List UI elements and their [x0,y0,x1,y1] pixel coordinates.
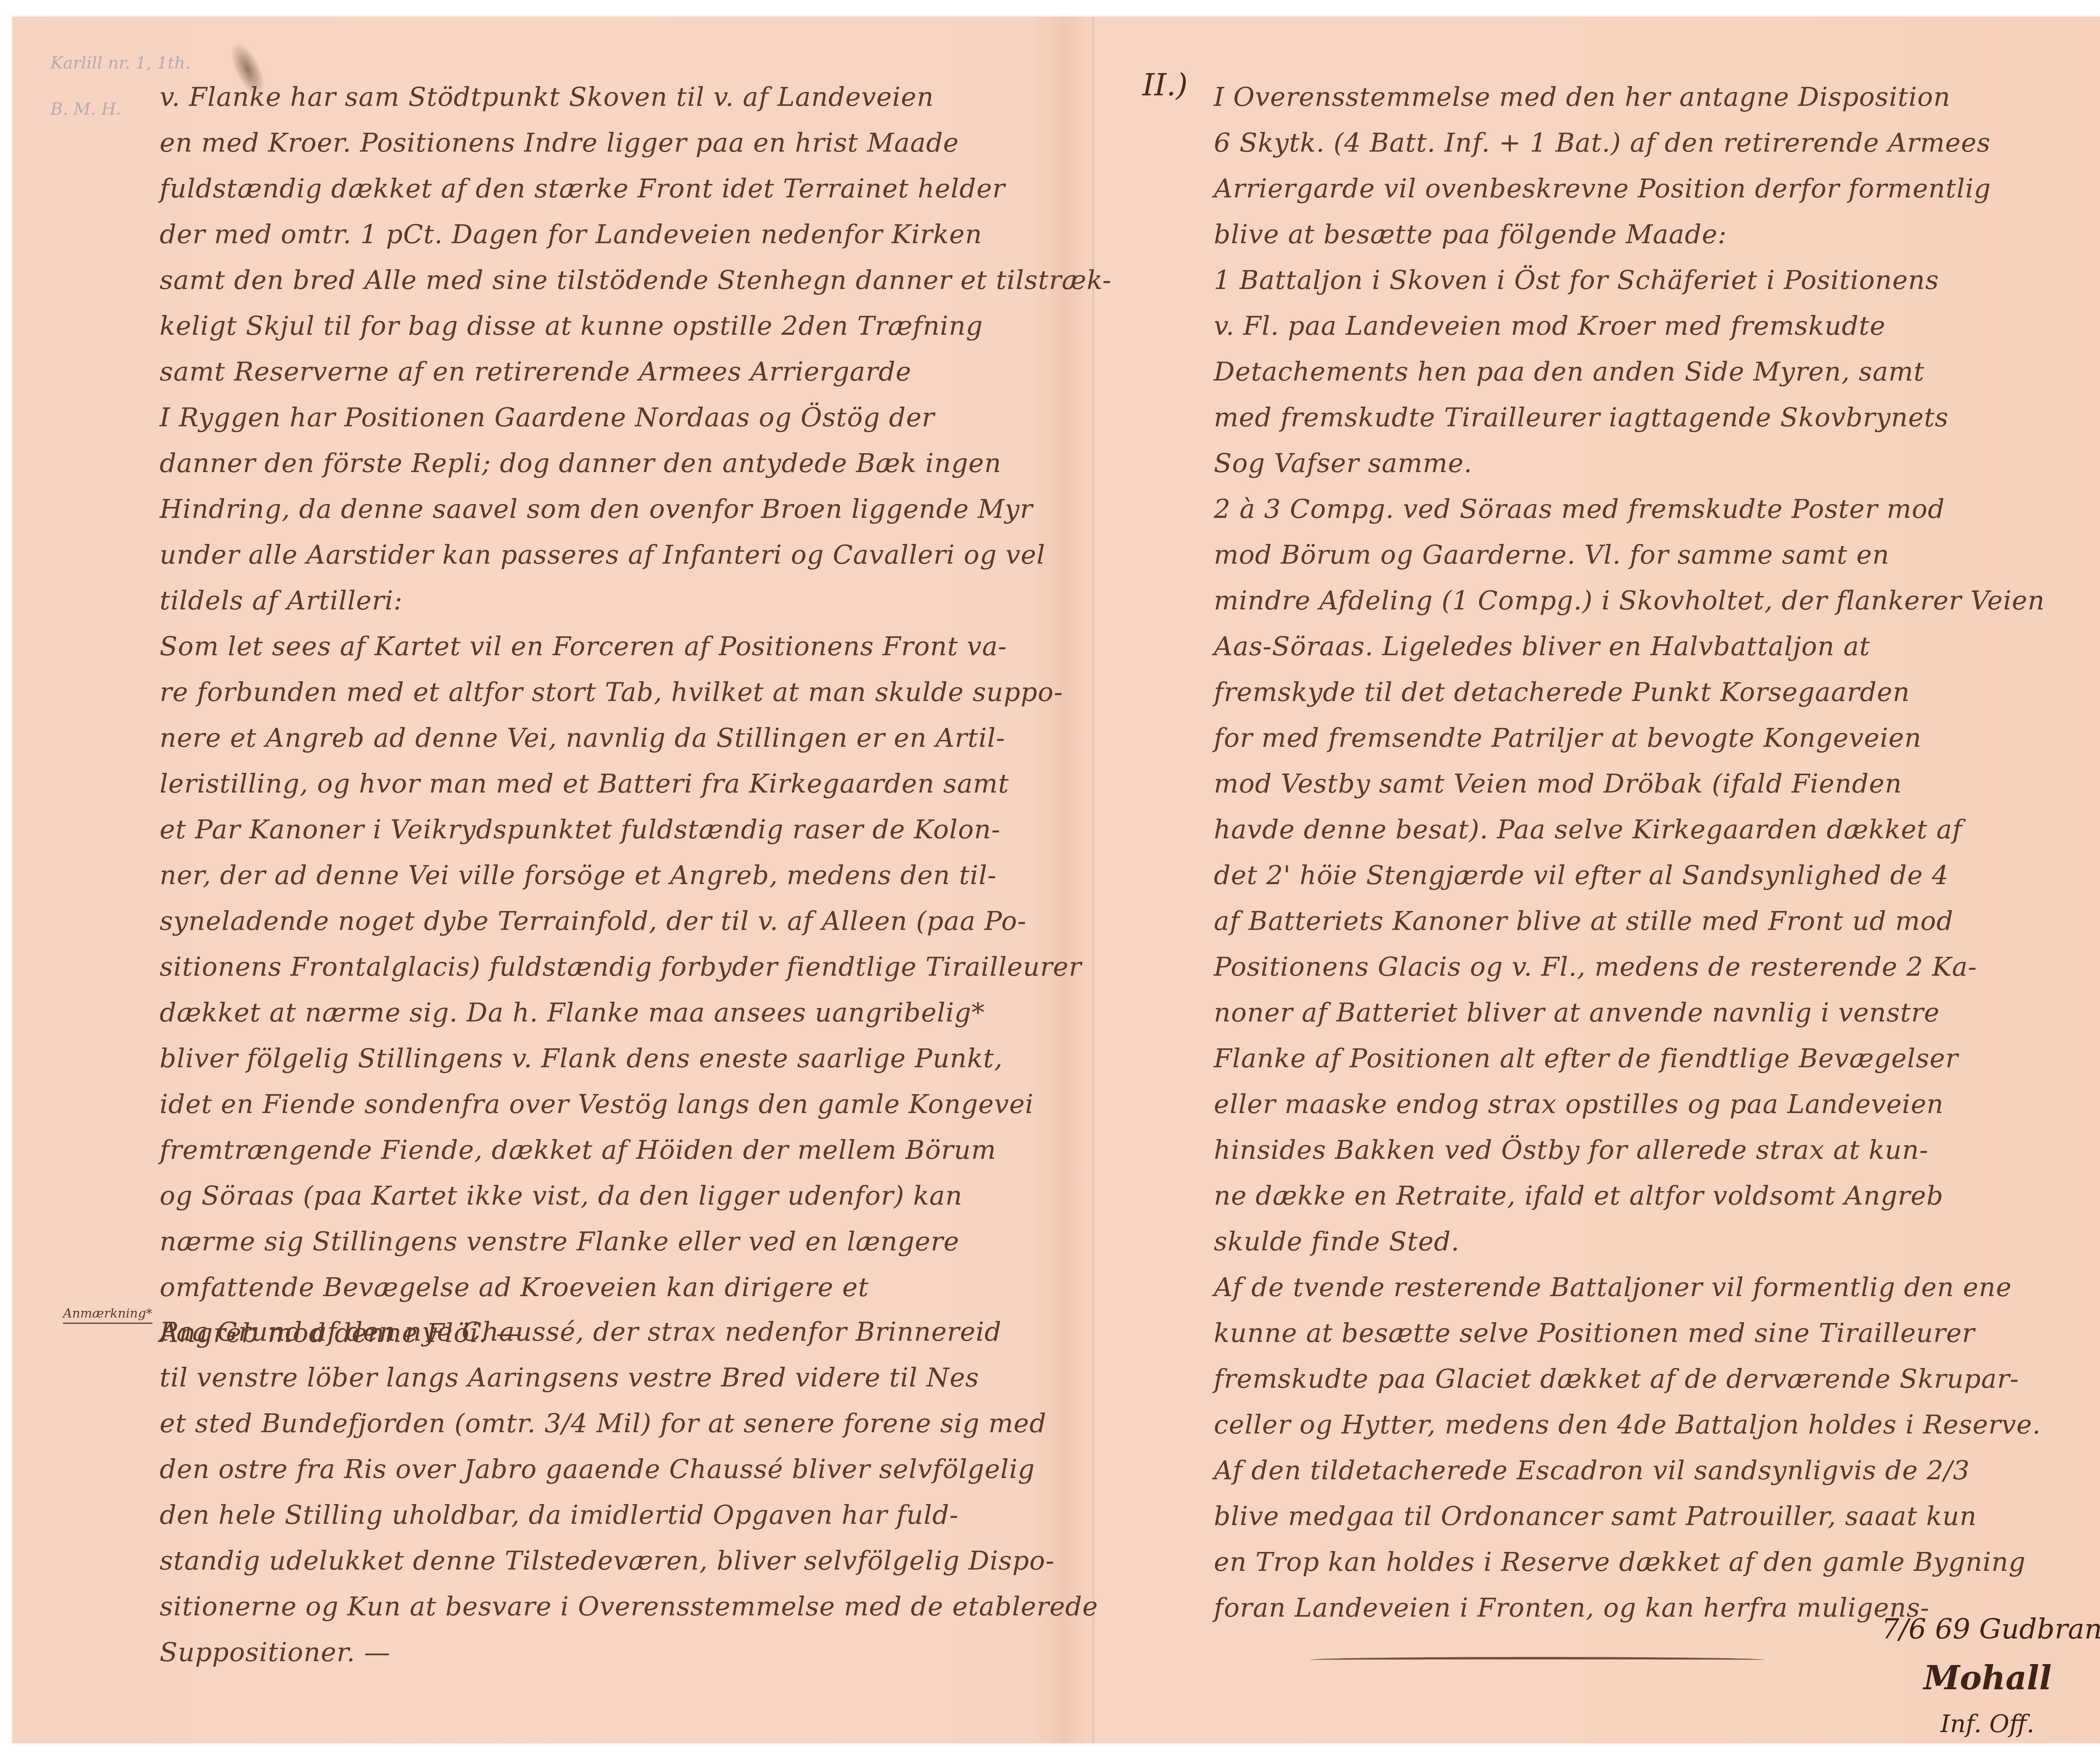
text-line: syneladende noget dybe Terrainfold, der … [160,908,1109,954]
text-line: keligt Skjul til for bag disse at kunne … [160,313,1109,359]
text-line: Flanke af Positionen alt efter de fiendt… [1214,1045,2100,1091]
annotation-block: Paa Grund af den nye Chaussé, der strax … [160,1319,1109,1685]
text-line: under alle Aarstider kan passeres af Inf… [160,542,1109,588]
text-line: omfattende Bevægelse ad Kroeveien kan di… [160,1274,1109,1320]
annotation-line: Paa Grund af den nye Chaussé, der strax … [160,1319,1109,1365]
annotation-margin-label: Anmærkning* [63,1306,152,1324]
text-line: celler og Hytter, medens den 4de Battalj… [1214,1412,2100,1457]
text-line: Arriergarde vil ovenbeskrevne Position d… [1214,176,2100,221]
text-line: I Overensstemmelse med den her antagne D… [1214,84,2100,130]
text-line: tildels af Artilleri: [160,588,1109,633]
right-page: I Overensstemmelse med den her antagne D… [1214,84,2100,1641]
signature-title: Inf. Off. [1940,1709,2034,1738]
text-line: en Trop kan holdes i Reserve dækket af d… [1214,1549,2100,1595]
text-line: det 2' höie Stengjærde vil efter al Sand… [1214,862,2100,908]
text-line: ne dække en Retraite, ifald et altfor vo… [1214,1183,2100,1229]
text-line: en med Kroer. Positionens Indre ligger p… [160,130,1109,176]
text-line: skulde finde Sted. [1214,1229,2100,1274]
text-line: og Söraas (paa Kartet ikke vist, da den … [160,1183,1109,1229]
text-line: kunne at besætte selve Positionen med si… [1214,1320,2100,1366]
text-line: nærme sig Stillingens venstre Flanke ell… [160,1229,1109,1274]
text-line: blive medgaa til Ordonancer samt Patroui… [1214,1503,2100,1549]
text-line: af Batteriets Kanoner blive at stille me… [1214,908,2100,954]
annotation-line: sitionerne og Kun at besvare i Overensst… [160,1594,1109,1639]
text-line: Detachements hen paa den anden Side Myre… [1214,359,2100,404]
signature-block: 7/6 69 Gudbrand Mohall Inf. Off. [1722,1613,2100,1751]
left-page: v. Flanke har sam Stödtpunkt Skoven til … [160,84,1109,1366]
text-line: noner af Batteriet bliver at anvende nav… [1214,1000,2100,1045]
signature-date-value: 7/6 69 [1882,1613,1970,1645]
text-line: havde denne besat). Paa selve Kirkegaard… [1214,816,2100,862]
text-line: blive at besætte paa fölgende Maade: [1214,221,2100,267]
annotation-line: standig udelukket denne Tilstedeværen, b… [160,1548,1109,1594]
signature-name: Mohall [1924,1659,2052,1697]
text-line: idet en Fiende sondenfra over Vestög lan… [160,1091,1109,1137]
text-line: Hindring, da denne saavel som den ovenfo… [160,496,1109,542]
text-line: eller maaske endog strax opstilles og pa… [1214,1091,2100,1137]
annotation-line: til venstre löber langs Aaringsens vestr… [160,1365,1109,1410]
text-line: v. Fl. paa Landeveien mod Kroer med frem… [1214,313,2100,359]
annotation-line: Suppositioner. — [160,1639,1109,1685]
text-line: I Ryggen har Positionen Gaardene Nordaas… [160,404,1109,450]
annotation-line: et sted Bundefjorden (omtr. 3/4 Mil) for… [160,1410,1109,1456]
text-line: 6 Skytk. (4 Batt. Inf. + 1 Bat.) af den … [1214,130,2100,176]
text-line: bliver fölgelig Stillingens v. Flank den… [160,1045,1109,1091]
text-line: re forbunden med et altfor stort Tab, hv… [160,679,1109,725]
text-line: Som let sees af Kartet vil en Forceren a… [160,633,1109,679]
text-line: der med omtr. 1 pCt. Dagen for Landeveie… [160,221,1109,267]
text-line: 1 Battaljon i Skoven i Öst for Schäferie… [1214,267,2100,313]
text-line: mindre Afdeling (1 Compg.) i Skovholtet,… [1214,588,2100,633]
text-line: nere et Angreb ad denne Vei, navnlig da … [160,725,1109,771]
text-line: mod Börum og Gaarderne. Vl. for samme sa… [1214,542,2100,588]
text-line: hinsides Bakken ved Östby for allerede s… [1214,1137,2100,1183]
text-line: samt Reserverne af en retirerende Armees… [160,359,1109,404]
text-line: Sog Vafser samme. [1214,450,2100,496]
signature-place: Gudbrand [1979,1613,2100,1645]
text-line: Af de tvende resterende Battaljoner vil … [1214,1274,2100,1320]
annotation-line: den hele Stilling uholdbar, da imidlerti… [160,1502,1109,1548]
text-line: samt den bred Alle med sine tilstödende … [160,267,1109,313]
text-line: fremskyde til det detacherede Punkt Kors… [1214,679,2100,725]
text-line: fremtrængende Fiende, dækket af Höiden d… [160,1137,1109,1183]
text-line: mod Vestby samt Veien mod Dröbak (ifald … [1214,771,2100,816]
text-line: Af den tildetacherede Escadron vil sands… [1214,1457,2100,1503]
section-marker: II.) [1142,67,1188,102]
text-line: fuldstændig dækket af den stærke Front i… [160,176,1109,221]
text-line: danner den förste Repli; dog danner den … [160,450,1109,496]
closing-flourish-line [1310,1657,1764,1663]
text-line: med fremskudte Tirailleurer iagttagende … [1214,404,2100,450]
text-line: dækket at nærme sig. Da h. Flanke maa an… [160,1000,1109,1045]
text-line: Aas-Söraas. Ligeledes bliver en Halvbatt… [1214,633,2100,679]
annotation-line: den ostre fra Ris over Jabro gaaende Cha… [160,1456,1109,1502]
text-line: v. Flanke har sam Stödtpunkt Skoven til … [160,84,1109,130]
text-line: ner, der ad denne Vei ville forsöge et A… [160,862,1109,908]
text-line: et Par Kanoner i Veikrydspunktet fuldstæ… [160,816,1109,862]
text-line: Positionens Glacis og v. Fl., medens de … [1214,954,2100,1000]
pencil-note-line: Karlill nr. 1, 1th. [50,40,191,86]
text-line: for med fremsendte Patriljer at bevogte … [1214,725,2100,771]
text-line: sitionens Frontalglacis) fuldstændig for… [160,954,1109,1000]
text-line: leristilling, og hvor man med et Batteri… [160,771,1109,816]
text-line: fremskudte paa Glaciet dækket af de derv… [1214,1366,2100,1412]
text-line: 2 à 3 Compg. ved Söraas med fremskudte P… [1214,496,2100,542]
signature-date: 7/6 69 Gudbrand [1882,1613,2100,1645]
